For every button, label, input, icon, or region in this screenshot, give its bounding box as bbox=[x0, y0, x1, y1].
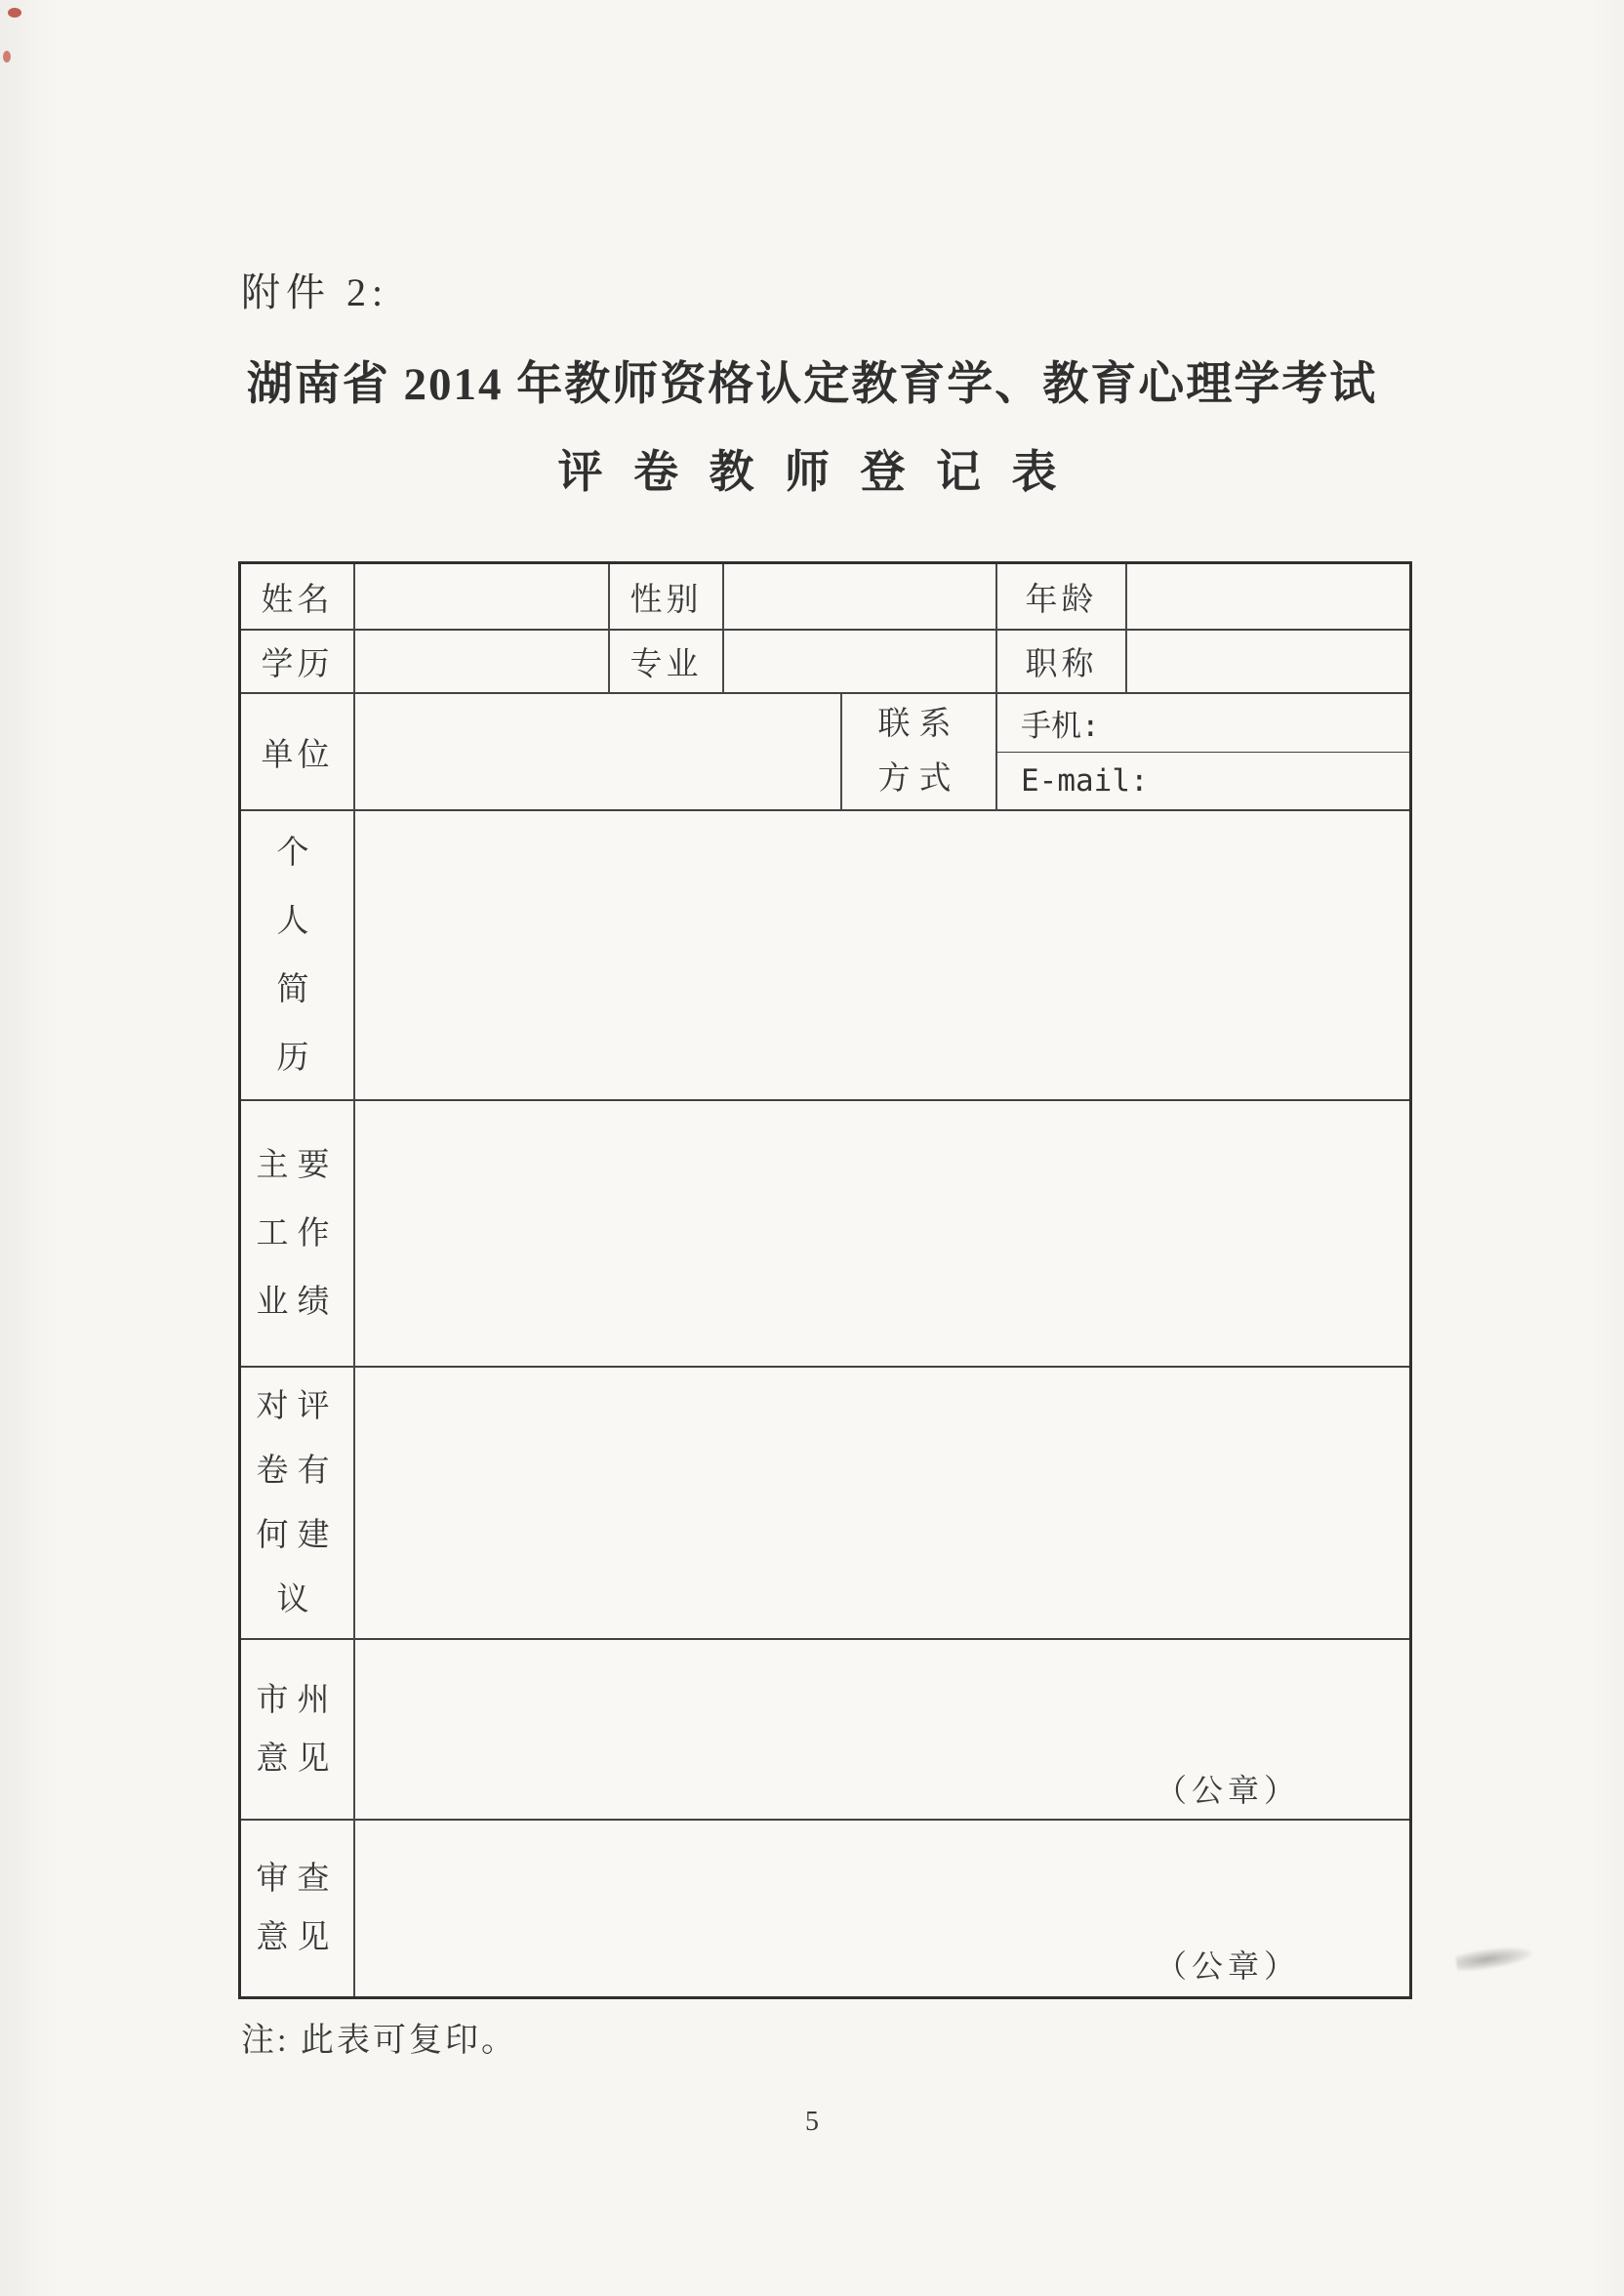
achievements-label-line: 业绩 bbox=[257, 1268, 339, 1336]
gender-value-cell bbox=[724, 564, 997, 631]
footnote: 注: 此表可复印。 bbox=[241, 2013, 517, 2061]
education-value-cell bbox=[355, 631, 610, 694]
review-opinion-label-line: 审查 bbox=[257, 1850, 339, 1908]
achievements-label-line: 主要 bbox=[257, 1131, 339, 1200]
suggestions-label-line: 议 bbox=[277, 1568, 318, 1632]
achievements-value-cell bbox=[355, 1101, 1409, 1368]
name-label-cell: 姓名 bbox=[241, 564, 355, 631]
suggestions-label-line: 对评 bbox=[257, 1374, 339, 1439]
suggestions-label-line: 何建 bbox=[257, 1503, 339, 1568]
job-title-label-cell: 职称 bbox=[997, 631, 1127, 694]
document-title-line1: 湖南省 2014 年教师资格认定教育学、教育心理学考试 bbox=[0, 348, 1624, 413]
scan-speck bbox=[3, 51, 11, 62]
contact-label-line2: 方式 bbox=[878, 752, 960, 806]
review-opinion-value-cell: （公章） bbox=[355, 1821, 1409, 1996]
suggestions-label-cell: 对评 卷有 何建 议 bbox=[241, 1368, 355, 1640]
contact-label-line1: 联系 bbox=[878, 697, 960, 752]
city-opinion-label-line: 意见 bbox=[257, 1730, 339, 1788]
age-value-cell bbox=[1127, 564, 1409, 631]
age-label-cell: 年龄 bbox=[997, 564, 1127, 631]
achievements-label-line: 工作 bbox=[257, 1200, 339, 1268]
city-opinion-seal-label: （公章） bbox=[1156, 1766, 1300, 1811]
resume-label-line: 简 bbox=[277, 956, 318, 1024]
education-label-cell: 学历 bbox=[241, 631, 355, 694]
mobile-label: 手机: bbox=[1021, 701, 1100, 745]
suggestions-label-line: 卷有 bbox=[257, 1439, 339, 1503]
contact-label-cell: 联系 方式 bbox=[842, 694, 997, 811]
resume-value-cell bbox=[355, 811, 1409, 1101]
gender-label-cell: 性别 bbox=[610, 564, 724, 631]
unit-value-cell bbox=[355, 694, 842, 811]
scan-smudge bbox=[1455, 1944, 1533, 1974]
registration-form-table: 姓名 性别 年龄 学历 专业 职称 单位 联系 方式 手机: E-mail: 个 bbox=[238, 561, 1412, 1999]
mobile-cell: 手机: bbox=[997, 694, 1409, 753]
scanned-page: 附件 2: 湖南省 2014 年教师资格认定教育学、教育心理学考试 评 卷 教 … bbox=[0, 0, 1624, 2296]
city-opinion-value-cell: （公章） bbox=[355, 1640, 1409, 1821]
scan-speck bbox=[8, 8, 21, 18]
city-opinion-label-line: 市州 bbox=[257, 1671, 339, 1730]
unit-label-cell: 单位 bbox=[241, 694, 355, 811]
major-label-cell: 专业 bbox=[610, 631, 724, 694]
major-value-cell bbox=[724, 631, 997, 694]
email-cell: E-mail: bbox=[997, 753, 1409, 811]
review-opinion-label-line: 意见 bbox=[257, 1908, 339, 1967]
resume-label-line: 人 bbox=[277, 887, 318, 956]
review-opinion-label-cell: 审查 意见 bbox=[241, 1821, 355, 1996]
achievements-label-cell: 主要 工作 业绩 bbox=[241, 1101, 355, 1368]
resume-label-cell: 个 人 简 历 bbox=[241, 811, 355, 1101]
document-title-line2: 评 卷 教 师 登 记 表 bbox=[0, 436, 1624, 501]
city-opinion-label-cell: 市州 意见 bbox=[241, 1640, 355, 1821]
email-label: E-mail: bbox=[1021, 763, 1149, 799]
resume-label-line: 历 bbox=[277, 1024, 318, 1092]
review-opinion-seal-label: （公章） bbox=[1156, 1942, 1300, 1987]
name-value-cell bbox=[355, 564, 610, 631]
page-number: 5 bbox=[0, 2107, 1624, 2138]
job-title-value-cell bbox=[1127, 631, 1409, 694]
resume-label-line: 个 bbox=[277, 819, 318, 887]
suggestions-value-cell bbox=[355, 1368, 1409, 1640]
attachment-label: 附件 2: bbox=[241, 262, 388, 317]
